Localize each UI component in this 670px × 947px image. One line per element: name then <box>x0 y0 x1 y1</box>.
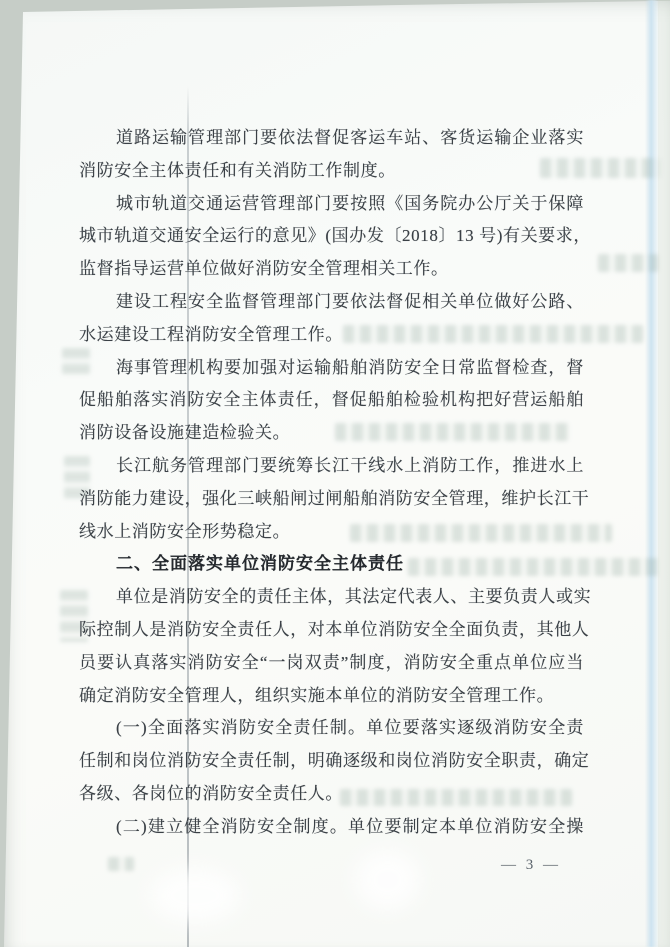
section-heading: 二、全面落实单位消防安全主体责任 <box>79 548 584 581</box>
page-edge-blue-band <box>645 0 659 947</box>
text-line: 海事管理机构要加强对运输船舶消防安全日常监督检查，督 <box>79 352 584 385</box>
text-line: 消防能力建设，强化三峡船闸过闸船舶消防安全管理，维护长江干 <box>79 483 584 516</box>
text-line: 长江航务管理部门要统筹长江干线水上消防工作，推进水上 <box>79 450 584 483</box>
text-line: 城市轨道交通安全运行的意见》(国办发〔2018〕13 号)有关要求， <box>79 220 584 253</box>
scan-bright-spot <box>150 868 240 923</box>
text-line: 消防安全主体责任和有关消防工作制度。 <box>79 155 584 188</box>
text-line: 消防设备设施建造检验关。 <box>79 417 584 450</box>
scan-right-margin <box>658 0 670 947</box>
scanned-page: 道路运输管理部门要依法督促客运车站、客货运输企业落实消防安全主体责任和有关消防工… <box>0 0 670 947</box>
text-line: 水运建设工程消防安全管理工作。 <box>79 319 584 352</box>
document-body: 道路运输管理部门要依法督促客运车站、客货运输企业落实消防安全主体责任和有关消防工… <box>79 122 584 844</box>
text-line: 城市轨道交通运营管理部门要按照《国务院办公厅关于保障 <box>79 188 584 221</box>
text-line: 促船舶落实消防安全主体责任，督促船舶检验机构把好营运船舶 <box>79 384 584 417</box>
text-line: 员要认真落实消防安全“一岗双责”制度，消防安全重点单位应当 <box>79 647 584 680</box>
text-line: 监督指导运营单位做好消防安全管理相关工作。 <box>79 253 584 286</box>
text-line: (一)全面落实消防安全责任制。单位要落实逐级消防安全责 <box>79 712 584 745</box>
text-line: (二)建立健全消防安全制度。单位要制定本单位消防安全操 <box>79 811 584 844</box>
text-line: 线水上消防安全形势稳定。 <box>79 516 584 549</box>
text-line: 各级、各岗位的消防安全责任人。 <box>79 778 584 811</box>
text-line: 确定消防安全管理人，组织实施本单位的消防安全管理工作。 <box>79 680 584 713</box>
text-line: 道路运输管理部门要依法督促客运车站、客货运输企业落实 <box>79 122 584 155</box>
text-line: 建设工程安全监督管理部门要依法督促相关单位做好公路、 <box>79 286 584 319</box>
text-line: 任制和岗位消防安全责任制，明确逐级和岗位消防安全职责，确定 <box>79 745 584 778</box>
text-line: 单位是消防安全的责任主体，其法定代表人、主要负责人或实 <box>79 581 584 614</box>
page-number: — 3 — <box>494 853 568 877</box>
scan-bright-spot <box>355 850 420 910</box>
text-line: 际控制人是消防安全责任人，对本单位消防安全全面负责，其他人 <box>79 614 584 647</box>
bleedthrough-mark <box>598 254 658 272</box>
bleedthrough-mark <box>108 857 134 871</box>
